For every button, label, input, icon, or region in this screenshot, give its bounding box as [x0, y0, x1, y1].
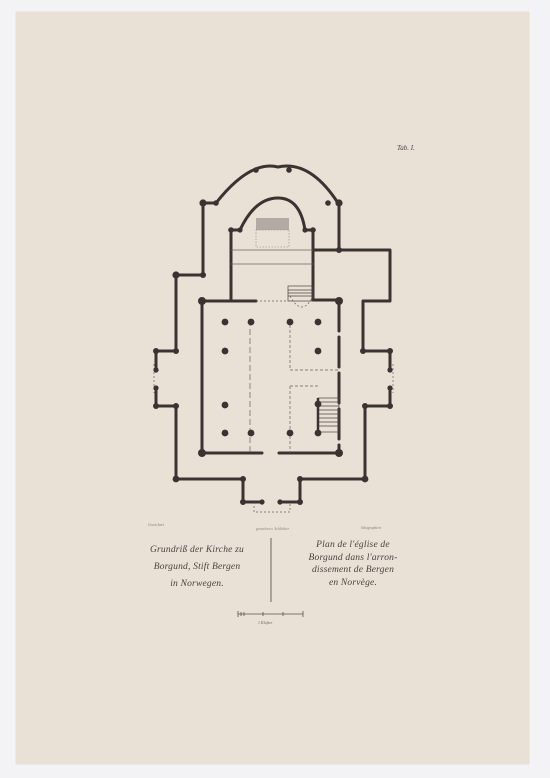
altar-block: [256, 218, 289, 230]
wall-posts: [153, 167, 393, 505]
plate-number: Tab. I.: [397, 144, 415, 152]
columns: [222, 319, 322, 437]
credit-drawn: Gezeichnet: [148, 523, 164, 527]
credit-printed: lithographiert: [361, 526, 381, 530]
upper-stair: [288, 286, 313, 301]
caption-german-line-1: Grundriß der Kirche zu: [132, 542, 262, 559]
floor-plan: [0, 0, 550, 778]
caption-french-line-4: en Norvège.: [288, 577, 418, 590]
caption-german-line-3: in Norwegen.: [132, 576, 262, 593]
scale-bar: [238, 611, 303, 617]
caption-french-line-3: dissement de Bergen: [288, 564, 418, 577]
caption-german: Grundriß der Kirche zu Borgund, Stift Be…: [132, 542, 262, 593]
scale-label: 1 Klafter: [258, 620, 272, 625]
credit-engraved: gestochen v. Schlichter: [256, 527, 289, 531]
caption-french-line-1: Plan de l'église de: [288, 539, 418, 552]
caption-french: Plan de l'église de Borgund dans l'arron…: [288, 539, 418, 589]
caption-french-line-2: Borgund dans l'arron-: [288, 552, 418, 565]
caption-german-line-2: Borgund, Stift Bergen: [132, 559, 262, 576]
